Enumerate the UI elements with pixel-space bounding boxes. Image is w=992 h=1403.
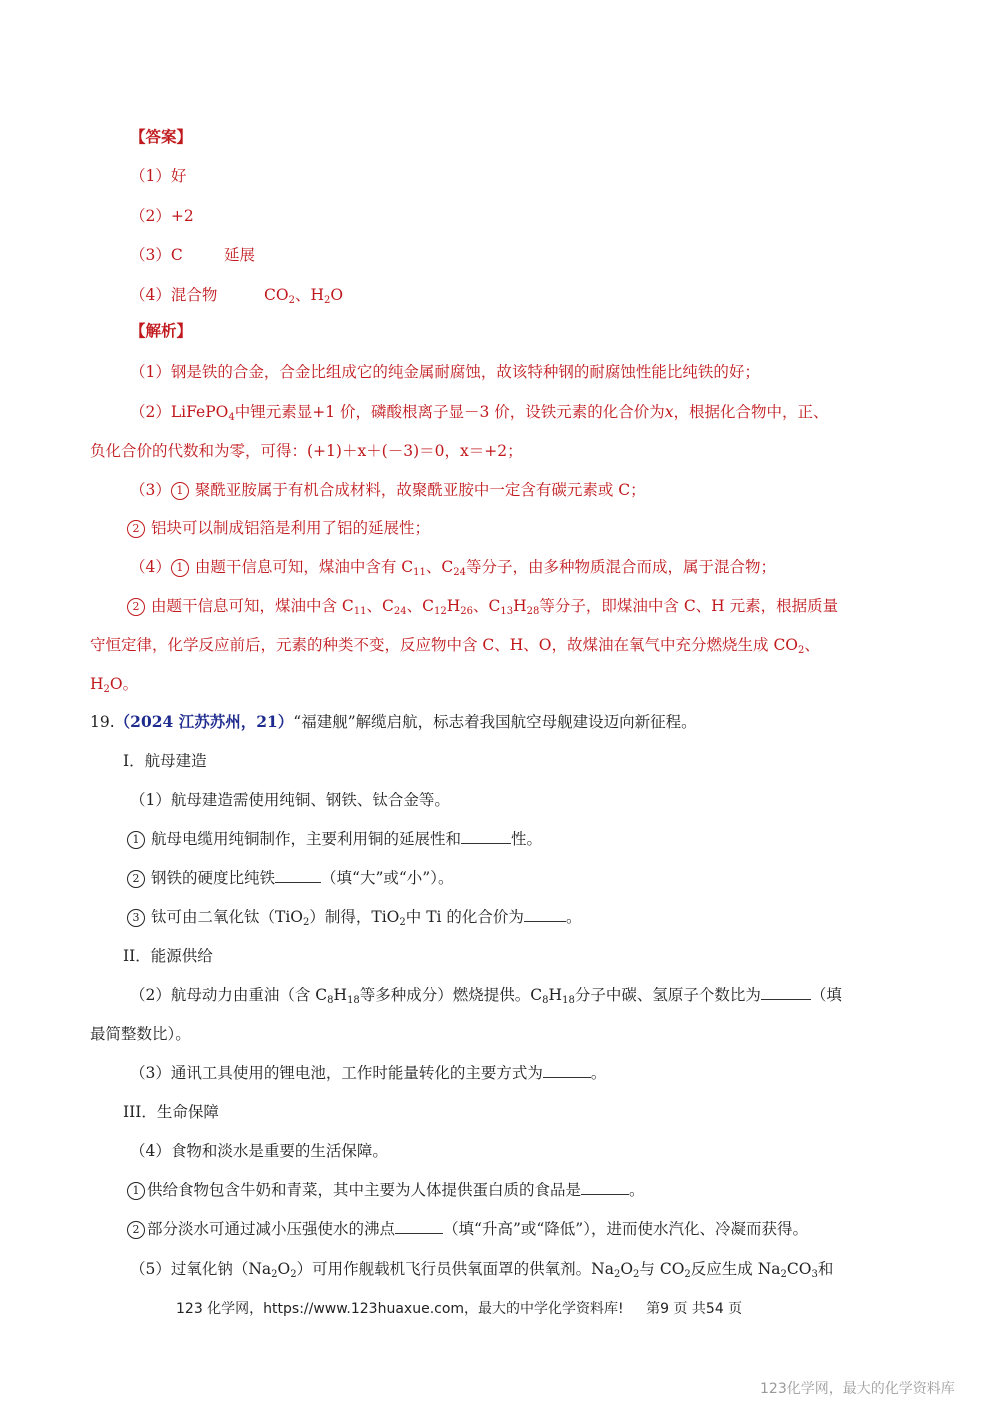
answer-blank[interactable] — [761, 985, 811, 1000]
footer-text: 123 化学网，https://www.123huaxue.com，最大的中学化… — [176, 1301, 624, 1317]
answer-text: 混合物 — [171, 286, 218, 304]
section-3-title: III．生命保障 — [123, 1101, 219, 1123]
circled-number-1-icon: 1 — [171, 482, 189, 500]
answer-blank[interactable] — [461, 829, 511, 844]
circled-number-3-icon: 3 — [127, 909, 145, 927]
answer-heading: 【答案】 — [130, 126, 192, 148]
question-4: （4）食物和淡水是重要的生活保障。 — [130, 1140, 388, 1162]
question-1-2: 2钢铁的硬度比纯铁（填“大”或“小”）。 — [127, 867, 453, 889]
circled-number-2-icon: 2 — [127, 1221, 145, 1239]
question-number: 19. — [90, 713, 115, 731]
analysis-p3b: 2铝块可以制成铝箔是利用了铝的延展性； — [127, 517, 430, 539]
answer-num: （4） — [130, 286, 171, 304]
question-1-1: 1航母电缆用纯铜制作，主要利用铜的延展性和性。 — [127, 828, 542, 850]
answer-item-4b: CO2、H2O — [264, 284, 343, 306]
question-3: （3）通讯工具使用的锂电池，工作时能量转化的主要方式为。 — [130, 1062, 606, 1084]
circled-number-2-icon: 2 — [127, 520, 145, 538]
question-5: （5）过氧化钠（Na2O2）可用作舰载机飞行员供氧面罩的供氧剂。Na2O2与 C… — [130, 1258, 833, 1280]
question-2-line2: 最简整数比）。 — [90, 1023, 191, 1045]
question-1: （1）航母建造需使用纯铜、钢铁、钛合金等。 — [130, 789, 450, 811]
watermark: 123化学网，最大的化学资料库 — [760, 1378, 955, 1400]
section-2-title: II．能源供给 — [123, 945, 213, 967]
answer-blank[interactable] — [543, 1063, 591, 1078]
answer-num: （3） — [130, 246, 171, 264]
answer-item-3b: 延展 — [224, 244, 255, 266]
question-4-1: 1供给食物包含牛奶和青菜，其中主要为人体提供蛋白质的食品是。 — [127, 1179, 645, 1201]
circled-number-1-icon: 1 — [171, 559, 189, 577]
analysis-p2-line2: 负化合价的代数和为零，可得：(+1)＋x＋(－3)＝0，x＝+2； — [90, 440, 523, 462]
answer-blank[interactable] — [581, 1180, 629, 1195]
question-source: （2024 江苏苏州，21） — [115, 712, 294, 731]
section-1-title: I．航母建造 — [123, 750, 207, 772]
question-1-3: 3钛可由二氧化钛（TiO2）制得，TiO2中 Ti 的化合价为。 — [127, 906, 581, 928]
analysis-p4b-line3: H2O。 — [90, 673, 138, 695]
circled-number-2-icon: 2 — [127, 870, 145, 888]
answer-text: 好 — [171, 167, 187, 185]
answer-num: （1） — [130, 167, 171, 185]
analysis-p4b: 2由题干信息可知，煤油中含 C11、C24、C12H26、C13H28等分子，即… — [127, 595, 838, 617]
answer-blank[interactable] — [275, 868, 321, 883]
question-header: 19.（2024 江苏苏州，21）“福建舰”解缆启航，标志着我国航空母舰建设迈向… — [90, 711, 697, 733]
question-stem: “福建舰”解缆启航，标志着我国航空母舰建设迈向新征程。 — [293, 713, 696, 731]
analysis-p4b-line2: 守恒定律，化学反应前后，元素的种类不变，反应物中含 C、H、O，故煤油在氧气中充… — [90, 634, 820, 656]
analysis-p3: （3）1聚酰亚胺属于有机合成材料，故聚酰亚胺中一定含有碳元素或 C； — [130, 479, 646, 501]
circled-number-1-icon: 1 — [127, 1182, 145, 1200]
question-4-2: 2部分淡水可通过减小压强使水的沸点（填“升高”或“降低”），进而使水汽化、冷凝而… — [127, 1218, 808, 1240]
answer-text: +2 — [171, 207, 194, 225]
answer-blank[interactable] — [395, 1219, 443, 1234]
analysis-p4: （4）1由题干信息可知，煤油中含有 C11、C24等分子，由多种物质混合而成，属… — [130, 556, 776, 578]
analysis-p1: （1）钢是铁的合金，合金比组成它的纯金属耐腐蚀，故该特种钢的耐腐蚀性能比纯铁的好… — [130, 361, 760, 383]
answer-text: C — [171, 246, 183, 264]
answer-item-2: （2）+2 — [130, 205, 194, 227]
answer-item-4: （4）混合物 — [130, 284, 217, 306]
circled-number-1-icon: 1 — [127, 831, 145, 849]
answer-blank[interactable] — [524, 907, 566, 922]
analysis-p2: （2）LiFePO4中锂元素显+1 价，磷酸根离子显－3 价，设铁元素的化合价为… — [130, 401, 829, 423]
answer-item-1: （1）好 — [130, 165, 186, 187]
page-number: 第9 页 共54 页 — [646, 1301, 742, 1317]
answer-item-3: （3）C — [130, 244, 183, 266]
circled-number-2-icon: 2 — [127, 598, 145, 616]
question-2: （2）航母动力由重油（含 C8H18等多种成分）燃烧提供。C8H18分子中碳、氢… — [130, 984, 842, 1006]
analysis-heading: 【解析】 — [130, 320, 192, 342]
page-footer: 123 化学网，https://www.123huaxue.com，最大的中学化… — [176, 1298, 742, 1320]
answer-num: （2） — [130, 207, 171, 225]
